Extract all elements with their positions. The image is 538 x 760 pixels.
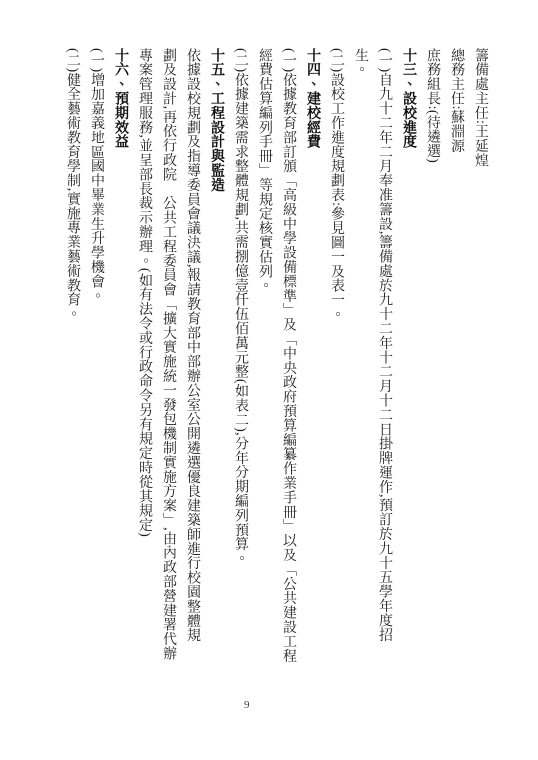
page-number: 9 xyxy=(244,699,250,711)
text-column: 劃及設計,再依行政院 公共工程委員會「擴大實施統一發包機制實施方案」,由內政部營… xyxy=(156,48,180,710)
document-page: 籌備處主任:王延煌總務主任:蘇淵源庶務組長:(待遴選)十三、設校進度(一)自九十… xyxy=(0,0,538,760)
text-column: 經費估算編列手冊」等規定核實估列。 xyxy=(252,48,276,710)
text-column: 依據設校規劃及指導委員會議決議,報請教育部中部辦公室公開遴選優良建築師進行校園整… xyxy=(180,48,204,710)
document-body: 籌備處主任:王延煌總務主任:蘇淵源庶務組長:(待遴選)十三、設校進度(一)自九十… xyxy=(46,48,492,710)
section-heading: 十六、預期效益 xyxy=(108,48,132,710)
section-heading: 十三、設校進度 xyxy=(396,48,420,710)
text-column: 籌備處主任:王延煌 xyxy=(468,48,492,710)
text-column: 總務主任:蘇淵源 xyxy=(444,48,468,710)
text-column: (二)健全藝術教育學制,實施專業藝術教育。 xyxy=(60,48,84,710)
text-column: 生。 xyxy=(348,48,372,710)
section-heading: 十五、工程設計與監造 xyxy=(204,48,228,710)
text-column: (二)設校工作進度規劃表:參見圖一及表一。 xyxy=(324,48,348,710)
text-column: 庶務組長:(待遴選) xyxy=(420,48,444,710)
text-column: (二)依據建築需求整體規劃,共需捌億壹仟伍佰萬元整(如表二),分年分期編列預算。 xyxy=(228,48,252,710)
section-heading: 十四、建校經費 xyxy=(300,48,324,710)
text-column: (一)依據教育部訂頒「高級中學設備標準」及「中央政府預算編纂作業手冊」以及「公共… xyxy=(276,48,300,710)
text-column: (一)增加嘉義地區國中畢業生升學機會。 xyxy=(84,48,108,710)
text-column: (一)自九十二年二月奉准籌設,籌備處於九十二年十二月十二日掛牌運作,預訂於九十五… xyxy=(372,48,396,710)
text-column: 專案管理服務,並呈部長裁示辦理。(如有法令或行政命令另有規定時從其規定) xyxy=(132,48,156,710)
